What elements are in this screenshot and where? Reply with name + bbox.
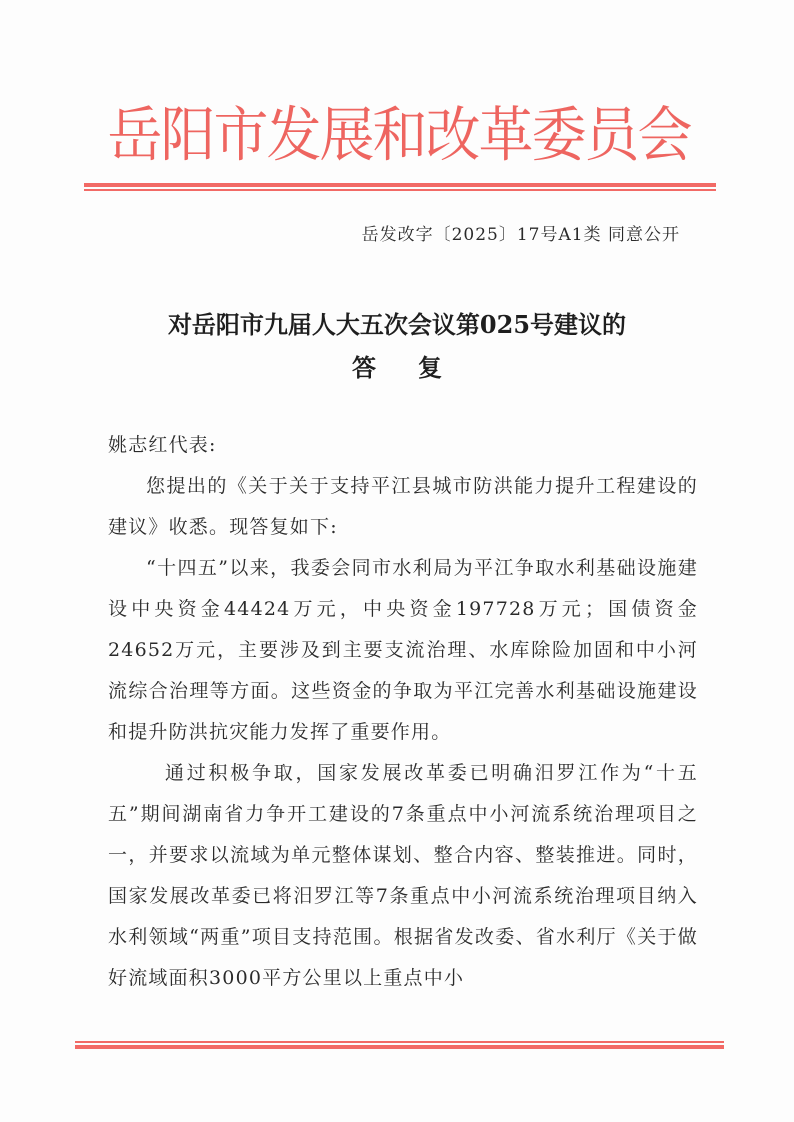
document-title: 对岳阳市九届人大五次会议第025号建议的 (80, 305, 714, 340)
salutation: 姚志红代表: (108, 425, 698, 466)
divider-thin-line (84, 189, 716, 191)
document-body: 姚志红代表: 您提出的《关于关于支持平江县城市防洪能力提升工程建设的建议》收悉。… (108, 425, 698, 999)
masthead-divider (84, 183, 716, 191)
paragraph: 通过积极争取，国家发展改革委已明确汨罗江作为“十五五”期间湖南省力争开工建设的7… (108, 753, 698, 999)
document-number: 岳发改字〔2025〕17号A1类 同意公开 (300, 220, 680, 245)
document-subtitle: 答复 (80, 348, 714, 383)
paragraph: 您提出的《关于关于支持平江县城市防洪能力提升工程建设的建议》收悉。现答复如下: (108, 466, 698, 548)
divider-thick-line (75, 1045, 724, 1049)
masthead-organization: 岳阳市发展和改革委员会 (84, 97, 714, 173)
document-page: 岳阳市发展和改革委员会 岳发改字〔2025〕17号A1类 同意公开 对岳阳市九届… (0, 0, 794, 1122)
footer-divider-lines (75, 1041, 724, 1049)
paragraph: “十四五”以来，我委会同市水利局为平江争取水利基础设施建设中央资金44424万元… (108, 548, 698, 753)
